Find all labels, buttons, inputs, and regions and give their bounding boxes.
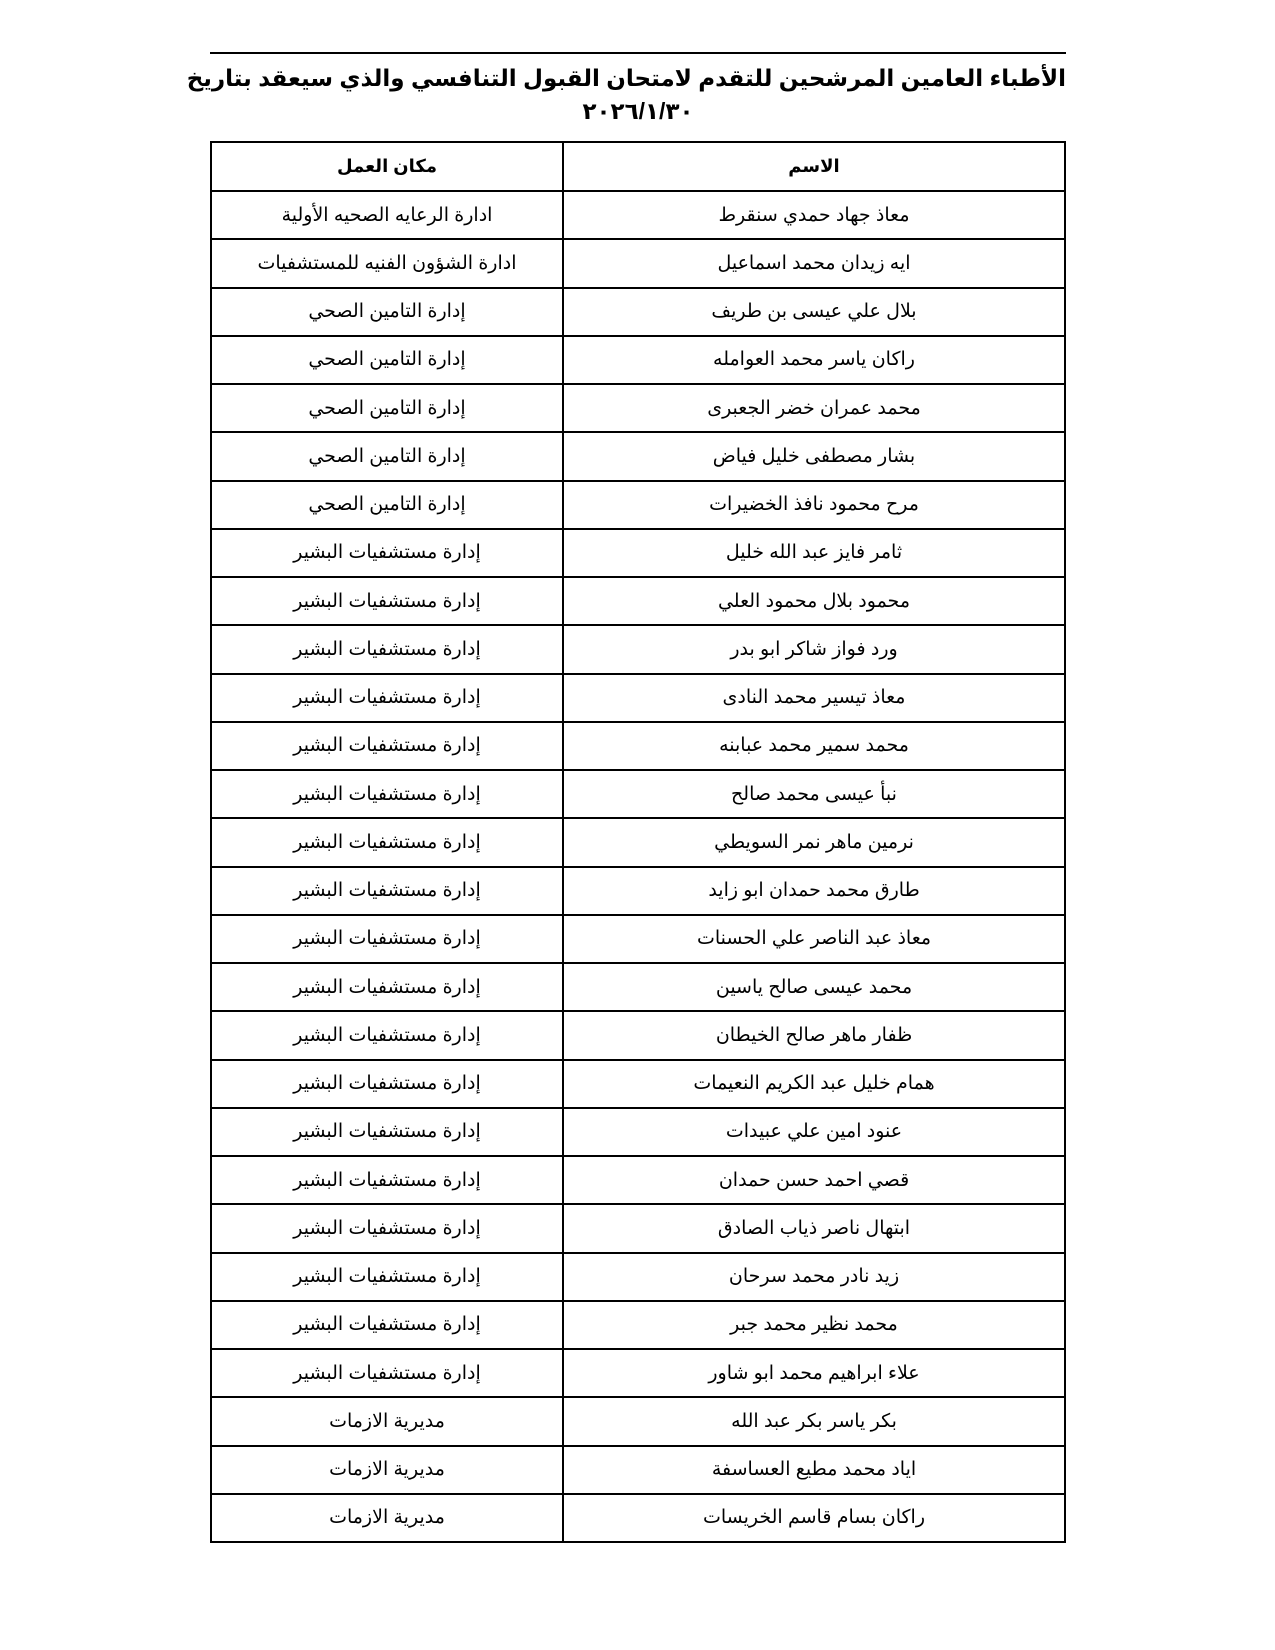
- table-row: معاذ عبد الناصر علي الحسناتإدارة مستشفيا…: [211, 915, 1065, 963]
- table-row: معاذ تيسير محمد النادىإدارة مستشفيات الب…: [211, 674, 1065, 722]
- document-title: الأطباء العامين المرشحين للتقدم لامتحان …: [210, 64, 1066, 92]
- cell-workplace: إدارة مستشفيات البشير: [211, 1301, 563, 1349]
- table-row: راكان بسام قاسم الخريساتمديرية الازمات: [211, 1494, 1065, 1542]
- cell-name: محمد عمران خضر الجعبرى: [563, 384, 1065, 432]
- cell-workplace: إدارة مستشفيات البشير: [211, 1204, 563, 1252]
- table-row: قصي احمد حسن حمدانإدارة مستشفيات البشير: [211, 1156, 1065, 1204]
- exam-date: ٢٠٢٦/١/٣٠: [210, 97, 1066, 125]
- cell-workplace: إدارة مستشفيات البشير: [211, 1349, 563, 1397]
- cell-workplace: مديرية الازمات: [211, 1397, 563, 1445]
- table-body: معاذ جهاد حمدي سنقرطادارة الرعايه الصحيه…: [211, 191, 1065, 1542]
- cell-name: اياد محمد مطيع العساسفة: [563, 1446, 1065, 1494]
- table-row: نبأ عيسى محمد صالحإدارة مستشفيات البشير: [211, 770, 1065, 818]
- cell-name: محمد سمير محمد عبابنه: [563, 722, 1065, 770]
- cell-workplace: إدارة التامين الصحي: [211, 336, 563, 384]
- cell-workplace: إدارة مستشفيات البشير: [211, 1156, 563, 1204]
- header-name: الاسم: [563, 142, 1065, 191]
- table-row: محمد نظير محمد جبرإدارة مستشفيات البشير: [211, 1301, 1065, 1349]
- cell-workplace: مديرية الازمات: [211, 1446, 563, 1494]
- cell-name: معاذ تيسير محمد النادى: [563, 674, 1065, 722]
- cell-workplace: إدارة مستشفيات البشير: [211, 529, 563, 577]
- cell-name: معاذ عبد الناصر علي الحسنات: [563, 915, 1065, 963]
- table-row: بشار مصطفى خليل فياضإدارة التامين الصحي: [211, 432, 1065, 480]
- cell-name: محمد نظير محمد جبر: [563, 1301, 1065, 1349]
- table-row: معاذ جهاد حمدي سنقرطادارة الرعايه الصحيه…: [211, 191, 1065, 239]
- header-workplace: مكان العمل: [211, 142, 563, 191]
- cell-name: راكان ياسر محمد العوامله: [563, 336, 1065, 384]
- cell-workplace: مديرية الازمات: [211, 1494, 563, 1542]
- table-row: زيد نادر محمد سرحانإدارة مستشفيات البشير: [211, 1253, 1065, 1301]
- cell-workplace: إدارة التامين الصحي: [211, 288, 563, 336]
- cell-workplace: إدارة مستشفيات البشير: [211, 963, 563, 1011]
- table-row: ظفار ماهر صالح الخيطانإدارة مستشفيات الب…: [211, 1011, 1065, 1059]
- table-row: نرمين ماهر نمر السويطيإدارة مستشفيات الب…: [211, 818, 1065, 866]
- table-row: مرح محمود نافذ الخضيراتإدارة التامين الص…: [211, 481, 1065, 529]
- cell-name: علاء ابراهيم محمد ابو شاور: [563, 1349, 1065, 1397]
- cell-workplace: إدارة مستشفيات البشير: [211, 674, 563, 722]
- cell-name: ابتهال ناصر ذياب الصادق: [563, 1204, 1065, 1252]
- table-row: اياد محمد مطيع العساسفةمديرية الازمات: [211, 1446, 1065, 1494]
- table-header-row: الاسم مكان العمل: [211, 142, 1065, 191]
- candidates-table: الاسم مكان العمل معاذ جهاد حمدي سنقرطادا…: [210, 141, 1066, 1543]
- cell-workplace: إدارة مستشفيات البشير: [211, 577, 563, 625]
- cell-workplace: إدارة التامين الصحي: [211, 432, 563, 480]
- cell-workplace: ادارة الرعايه الصحيه الأولية: [211, 191, 563, 239]
- cell-name: راكان بسام قاسم الخريسات: [563, 1494, 1065, 1542]
- table-row: محمد عيسى صالح ياسينإدارة مستشفيات البشي…: [211, 963, 1065, 1011]
- table-row: عنود امين علي عبيداتإدارة مستشفيات البشي…: [211, 1108, 1065, 1156]
- cell-name: نرمين ماهر نمر السويطي: [563, 818, 1065, 866]
- cell-name: زيد نادر محمد سرحان: [563, 1253, 1065, 1301]
- table-row: محمود بلال محمود العليإدارة مستشفيات الب…: [211, 577, 1065, 625]
- cell-name: ثامر فايز عبد الله خليل: [563, 529, 1065, 577]
- table-row: بلال علي عيسى بن طريفإدارة التامين الصحي: [211, 288, 1065, 336]
- table-row: محمد عمران خضر الجعبرىإدارة التامين الصح…: [211, 384, 1065, 432]
- cell-name: بشار مصطفى خليل فياض: [563, 432, 1065, 480]
- table-row: همام خليل عبد الكريم النعيماتإدارة مستشف…: [211, 1060, 1065, 1108]
- cell-name: مرح محمود نافذ الخضيرات: [563, 481, 1065, 529]
- cell-name: بلال علي عيسى بن طريف: [563, 288, 1065, 336]
- cell-workplace: إدارة مستشفيات البشير: [211, 770, 563, 818]
- cell-name: ورد فواز شاكر ابو بدر: [563, 625, 1065, 673]
- top-rule-divider: [210, 52, 1066, 54]
- table-row: طارق محمد حمدان ابو زايدإدارة مستشفيات ا…: [211, 867, 1065, 915]
- table-row: بكر ياسر بكر عبد اللهمديرية الازمات: [211, 1397, 1065, 1445]
- cell-name: طارق محمد حمدان ابو زايد: [563, 867, 1065, 915]
- cell-name: قصي احمد حسن حمدان: [563, 1156, 1065, 1204]
- cell-workplace: إدارة مستشفيات البشير: [211, 1060, 563, 1108]
- cell-workplace: إدارة مستشفيات البشير: [211, 1011, 563, 1059]
- table-row: ابتهال ناصر ذياب الصادقإدارة مستشفيات ال…: [211, 1204, 1065, 1252]
- cell-name: محمود بلال محمود العلي: [563, 577, 1065, 625]
- cell-workplace: إدارة مستشفيات البشير: [211, 915, 563, 963]
- table-row: راكان ياسر محمد العواملهإدارة التامين ال…: [211, 336, 1065, 384]
- cell-workplace: إدارة مستشفيات البشير: [211, 1253, 563, 1301]
- cell-workplace: إدارة مستشفيات البشير: [211, 867, 563, 915]
- cell-workplace: إدارة مستشفيات البشير: [211, 625, 563, 673]
- cell-workplace: إدارة مستشفيات البشير: [211, 722, 563, 770]
- cell-name: محمد عيسى صالح ياسين: [563, 963, 1065, 1011]
- table-row: ثامر فايز عبد الله خليلإدارة مستشفيات ال…: [211, 529, 1065, 577]
- cell-name: عنود امين علي عبيدات: [563, 1108, 1065, 1156]
- cell-name: نبأ عيسى محمد صالح: [563, 770, 1065, 818]
- cell-workplace: إدارة التامين الصحي: [211, 384, 563, 432]
- cell-name: ايه زيدان محمد اسماعيل: [563, 239, 1065, 287]
- cell-name: ظفار ماهر صالح الخيطان: [563, 1011, 1065, 1059]
- cell-workplace: إدارة التامين الصحي: [211, 481, 563, 529]
- cell-name: بكر ياسر بكر عبد الله: [563, 1397, 1065, 1445]
- cell-workplace: ادارة الشؤون الفنيه للمستشفيات: [211, 239, 563, 287]
- cell-name: معاذ جهاد حمدي سنقرط: [563, 191, 1065, 239]
- cell-name: همام خليل عبد الكريم النعيمات: [563, 1060, 1065, 1108]
- cell-workplace: إدارة مستشفيات البشير: [211, 818, 563, 866]
- table-row: محمد سمير محمد عبابنهإدارة مستشفيات البش…: [211, 722, 1065, 770]
- table-row: ورد فواز شاكر ابو بدرإدارة مستشفيات البش…: [211, 625, 1065, 673]
- table-row: ايه زيدان محمد اسماعيلادارة الشؤون الفني…: [211, 239, 1065, 287]
- table-row: علاء ابراهيم محمد ابو شاورإدارة مستشفيات…: [211, 1349, 1065, 1397]
- cell-workplace: إدارة مستشفيات البشير: [211, 1108, 563, 1156]
